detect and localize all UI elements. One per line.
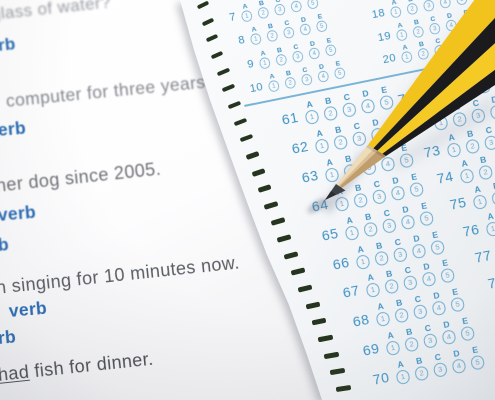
pencil-body <box>325 0 495 200</box>
pencil <box>0 0 495 400</box>
photo-scantron-scene: glass of water?rbcomputer for three year… <box>0 0 495 400</box>
